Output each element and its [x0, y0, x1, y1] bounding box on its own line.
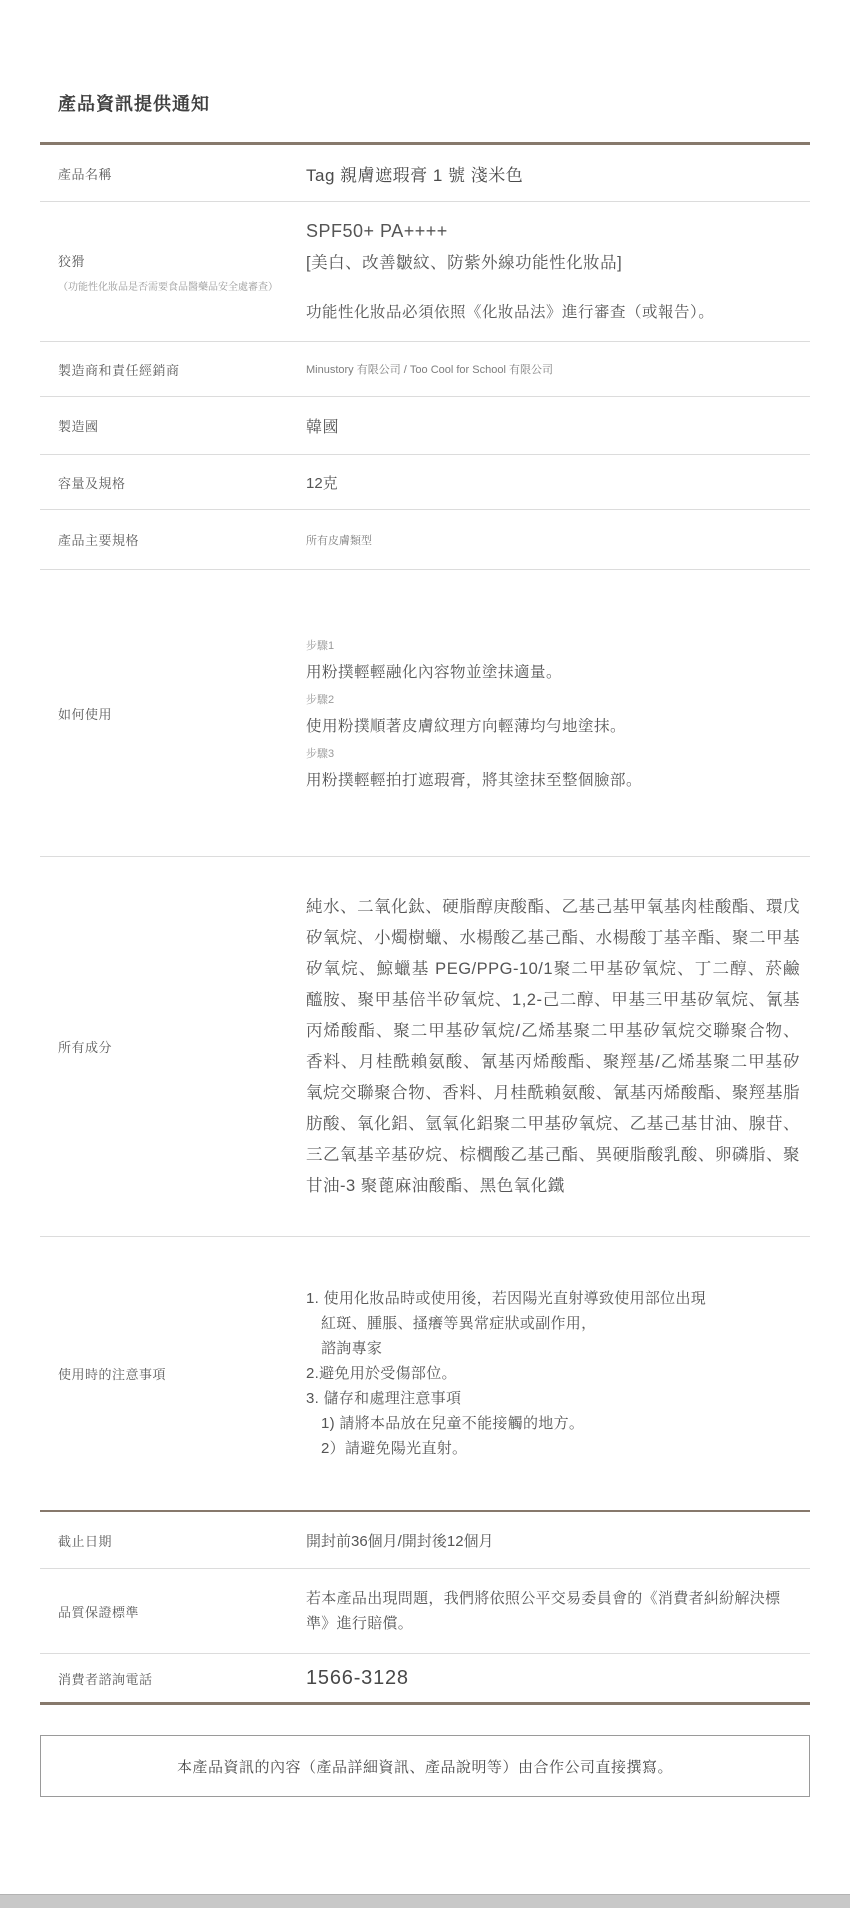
step-1-label: 步驟1 — [306, 637, 800, 653]
step-1-text: 用粉撲輕輕融化內容物並塗抹適量。 — [306, 660, 800, 682]
how-to-use-label: 如何使用 — [40, 704, 306, 723]
expiry-value: 開封前36個月/開封後12個月 — [306, 1530, 800, 1551]
usage-step-3: 步驟3 用粉撲輕輕拍打遮瑕膏，將其塗抹至整個臉部。 — [306, 745, 800, 790]
row-quality: 品質保證標準 若本產品出現問題，我們將依照公平交易委員會的《消費者糾紛解決標準》… — [40, 1569, 810, 1654]
step-2-text: 使用粉撲順著皮膚紋理方向輕薄均勻地塗抹。 — [306, 714, 800, 736]
product-info-table: 產品名稱 Tag 親膚遮瑕膏 1 號 淺米色 狡猾 （功能性化妝品是否需要食品醫… — [40, 142, 810, 1705]
precaution-line: 2.避免用於受傷部位。 — [306, 1361, 800, 1386]
precautions-label: 使用時的注意事項 — [40, 1364, 306, 1383]
precaution-line: 諮詢專家 — [306, 1336, 800, 1361]
row-phone: 消費者諮詢電話 1566-3128 — [40, 1654, 810, 1705]
country-value: 韓國 — [306, 414, 800, 437]
row-main-spec: 產品主要規格 所有皮膚類型 — [40, 510, 810, 570]
country-label: 製造國 — [40, 416, 306, 435]
functional-category-value: [美白、改善皺紋、防紫外線功能性化妝品] — [306, 249, 800, 273]
page-title: 產品資訊提供通知 — [58, 90, 810, 116]
quality-value: 若本產品出現問題，我們將依照公平交易委員會的《消費者糾紛解決標準》進行賠償。 — [306, 1586, 800, 1636]
expiry-label: 截止日期 — [40, 1531, 306, 1550]
step-2-label: 步驟2 — [306, 691, 800, 707]
row-volume: 容量及規格 12克 — [40, 455, 810, 510]
main-spec-label: 產品主要規格 — [40, 530, 306, 549]
quality-label: 品質保證標準 — [40, 1602, 306, 1621]
footer-notice-box: 本產品資訊的內容（產品詳細資訊、產品說明等）由合作公司直接撰寫。 — [40, 1735, 810, 1797]
volume-value: 12克 — [306, 472, 800, 493]
row-efficacy: 狡猾 （功能性化妝品是否需要食品醫藥品安全處審查） SPF50+ PA++++ … — [40, 202, 810, 342]
review-note: 功能性化妝品必須依照《化妝品法》進行審查（或報告）。 — [306, 300, 800, 322]
row-precautions: 使用時的注意事項 1. 使用化妝品時或使用後，若因陽光直射導致使用部位出現 紅斑… — [40, 1237, 810, 1512]
row-country: 製造國 韓國 — [40, 397, 810, 455]
main-spec-value: 所有皮膚類型 — [306, 532, 800, 548]
spf-value: SPF50+ PA++++ — [306, 221, 800, 242]
row-how-to-use: 如何使用 步驟1 用粉撲輕輕融化內容物並塗抹適量。 步驟2 使用粉撲順著皮膚紋理… — [40, 570, 810, 857]
precaution-line: 2）請避免陽光直射。 — [306, 1436, 800, 1461]
product-info-page: 產品資訊提供通知 產品名稱 Tag 親膚遮瑕膏 1 號 淺米色 狡猾 （功能性化… — [0, 0, 850, 1797]
precaution-line: 1) 請將本品放在兒童不能接觸的地方。 — [306, 1411, 800, 1436]
footer-notice-text: 本產品資訊的內容（產品詳細資訊、產品說明等）由合作公司直接撰寫。 — [177, 1756, 673, 1777]
volume-label: 容量及規格 — [40, 473, 306, 492]
phone-value: 1566-3128 — [306, 1667, 800, 1690]
precaution-line: 紅斑、腫脹、搔癢等異常症狀或副作用， — [306, 1311, 800, 1336]
row-expiry: 截止日期 開封前36個月/開封後12個月 — [40, 1512, 810, 1569]
ingredients-value: 純水、二氧化鈦、硬脂醇庚酸酯、乙基己基甲氧基肉桂酸酯、環戊矽氧烷、小燭樹蠟、水楊… — [306, 892, 800, 1202]
efficacy-label-block: 狡猾 （功能性化妝品是否需要食品醫藥品安全處審查） — [40, 251, 306, 293]
ingredients-label: 所有成分 — [40, 1037, 306, 1056]
bottom-divider-strip — [0, 1894, 850, 1908]
product-name-value: Tag 親膚遮瑕膏 1 號 淺米色 — [306, 161, 800, 186]
phone-label: 消費者諮詢電話 — [40, 1669, 306, 1688]
efficacy-label-note: （功能性化妝品是否需要食品醫藥品安全處審查） — [58, 278, 306, 293]
manufacturer-value: Minustory 有限公司 / Too Cool for School 有限公… — [306, 361, 800, 377]
precaution-line: 1. 使用化妝品時或使用後，若因陽光直射導致使用部位出現 — [306, 1286, 800, 1311]
precaution-line: 3. 儲存和處理注意事項 — [306, 1386, 800, 1411]
row-product-name: 產品名稱 Tag 親膚遮瑕膏 1 號 淺米色 — [40, 145, 810, 202]
efficacy-label: 狡猾 — [58, 251, 306, 270]
product-name-label: 產品名稱 — [40, 164, 306, 183]
step-3-text: 用粉撲輕輕拍打遮瑕膏，將其塗抹至整個臉部。 — [306, 768, 800, 790]
row-ingredients: 所有成分 純水、二氧化鈦、硬脂醇庚酸酯、乙基己基甲氧基肉桂酸酯、環戊矽氧烷、小燭… — [40, 857, 810, 1237]
usage-step-1: 步驟1 用粉撲輕輕融化內容物並塗抹適量。 — [306, 637, 800, 682]
manufacturer-label: 製造商和責任經銷商 — [40, 360, 306, 379]
step-3-label: 步驟3 — [306, 745, 800, 761]
row-manufacturer: 製造商和責任經銷商 Minustory 有限公司 / Too Cool for … — [40, 342, 810, 397]
usage-step-2: 步驟2 使用粉撲順著皮膚紋理方向輕薄均勻地塗抹。 — [306, 691, 800, 736]
